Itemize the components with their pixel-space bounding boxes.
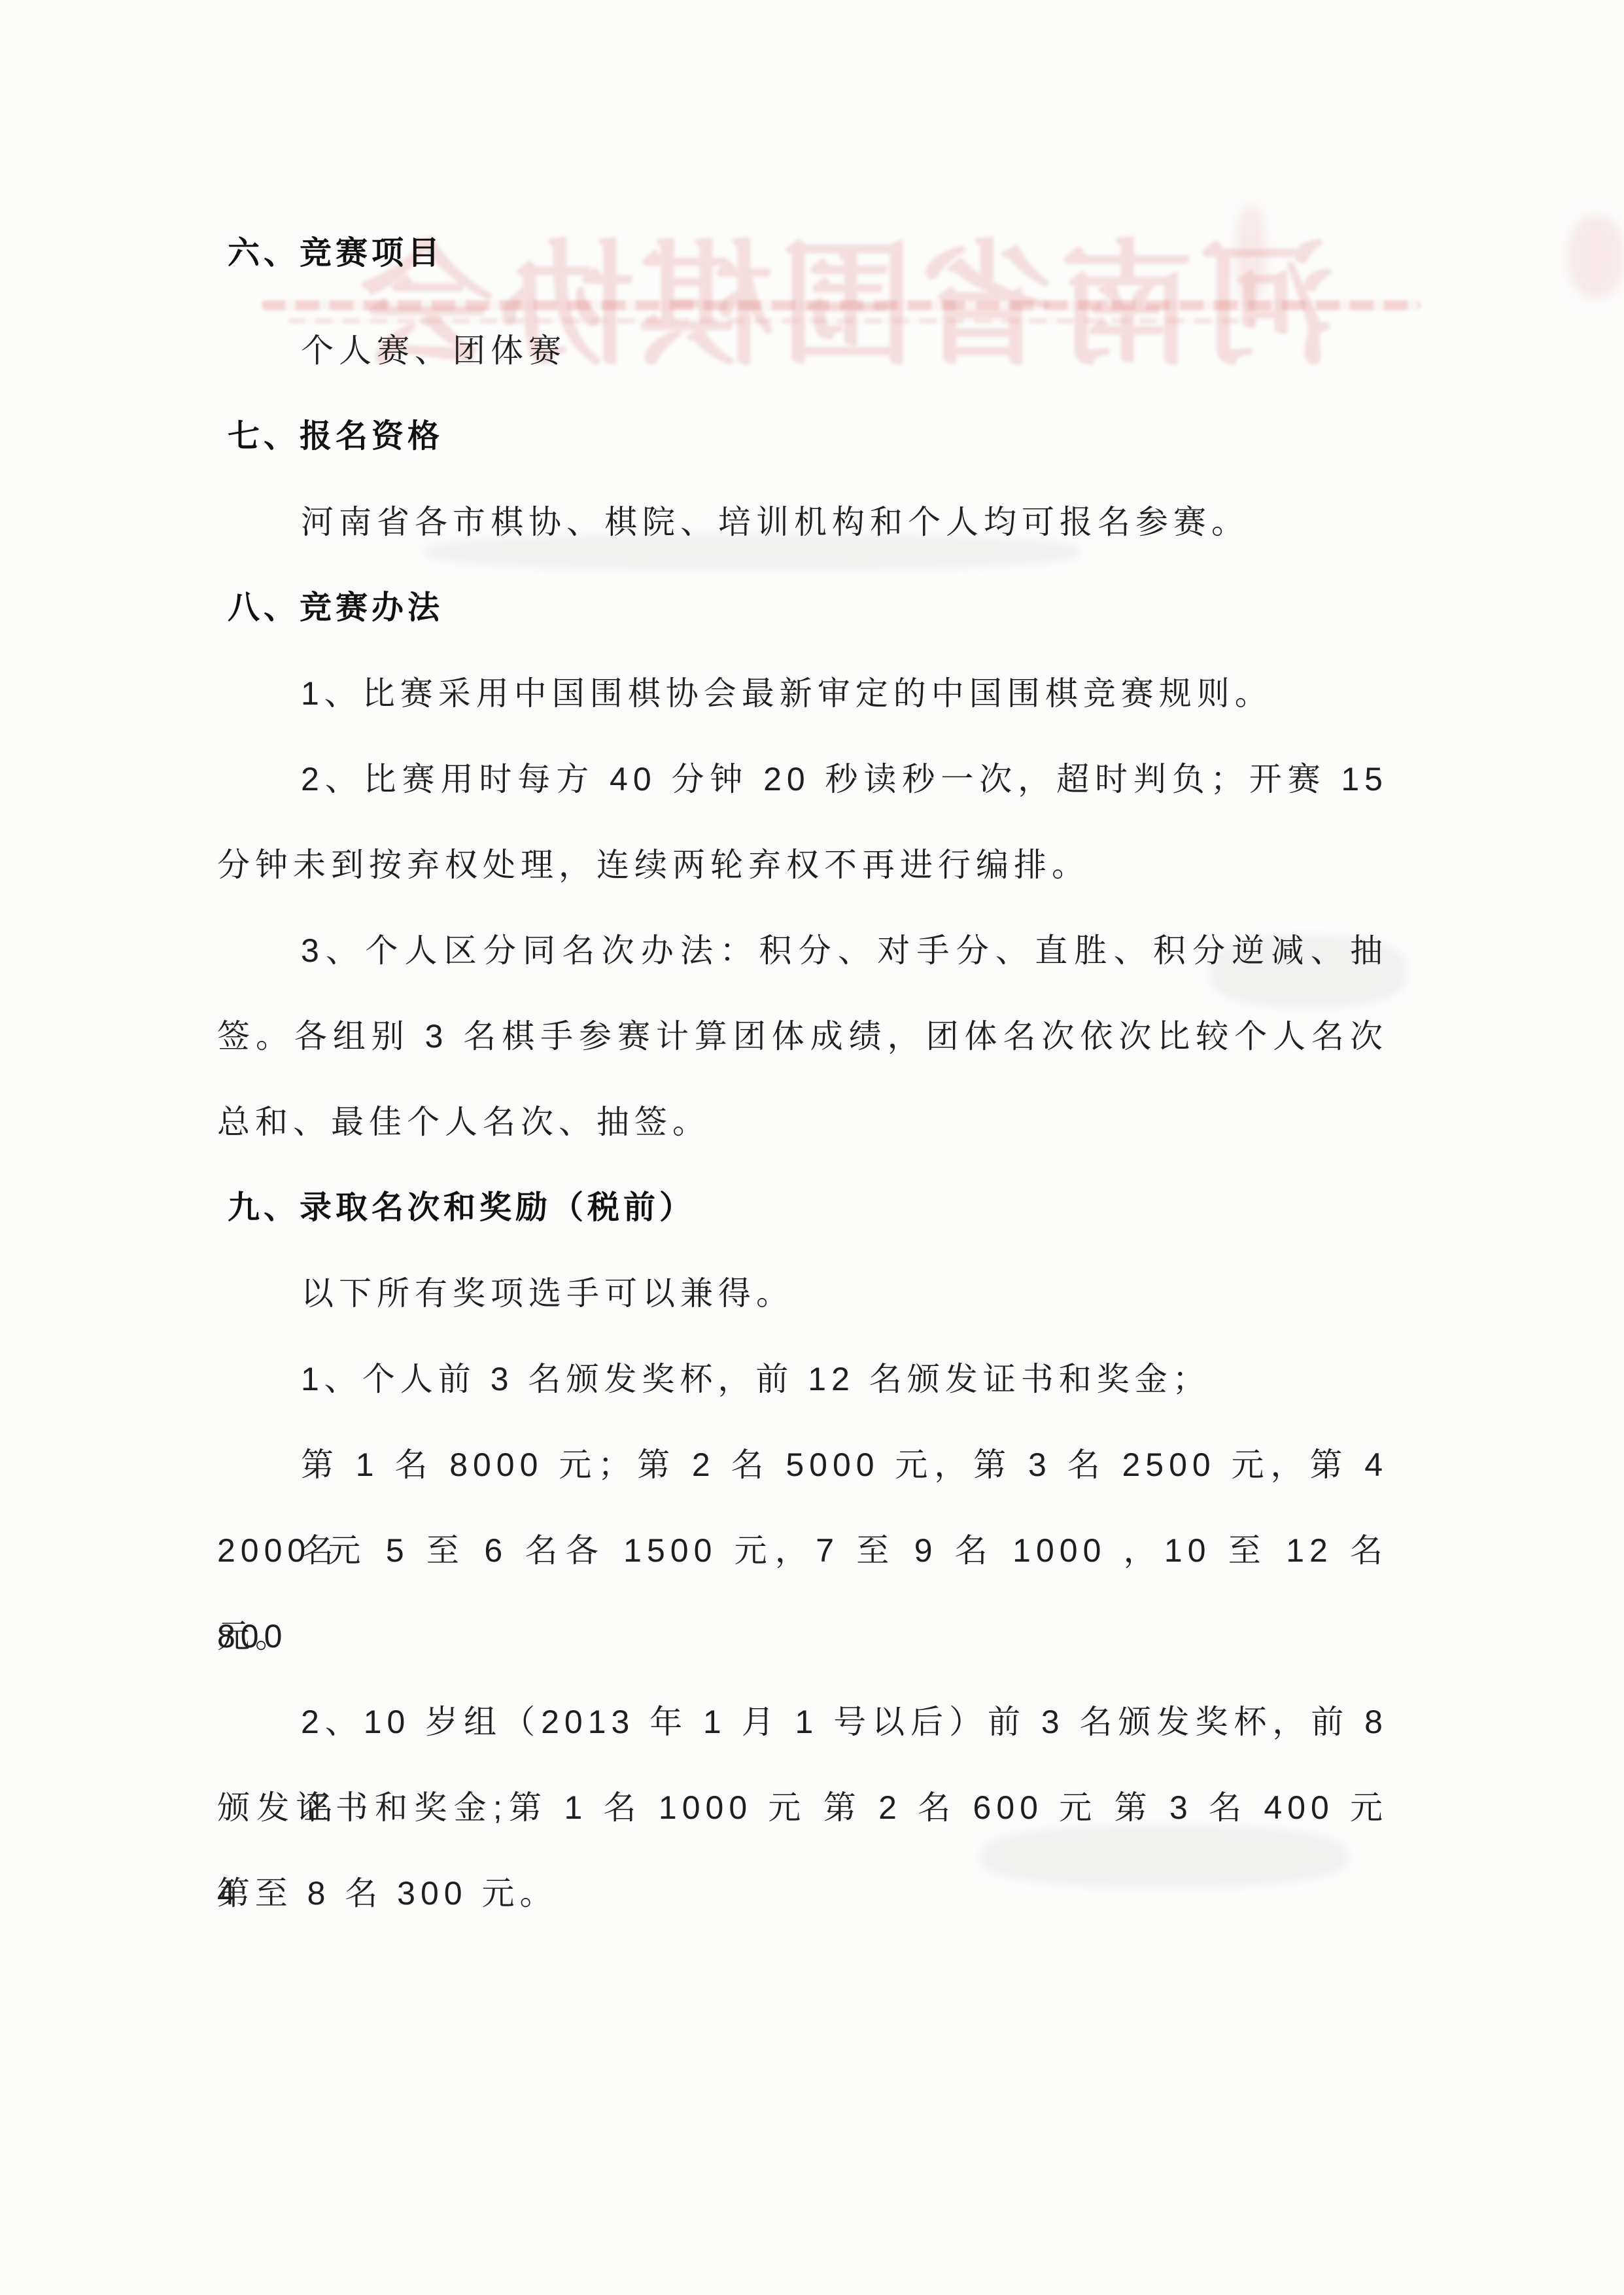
line-method-rule-3a: 3、个人区分同名次办法：积分、对手分、直胜、积分逆减、抽 xyxy=(301,908,1388,994)
line-method-rule-1: 1、比赛采用中国围棋协会最新审定的中国围棋竞赛规则。 xyxy=(301,651,1388,737)
line-awards-u10-a: 2、10 岁组（2013 年 1 月 1 号以后）前 3 名颁发奖杯，前 8 名 xyxy=(301,1679,1388,1765)
line-awards-individual: 1、个人前 3 名颁发奖杯，前 12 名颁发证书和奖金； xyxy=(301,1337,1388,1422)
line-awards-prizes-b: 2000 元 5 至 6 名各 1500 元，7 至 9 名 1000 ，10 … xyxy=(217,1508,1388,1594)
heading-competition-method: 八、竞赛办法 xyxy=(228,565,1388,651)
heading-awards: 九、录取名次和奖励（税前） xyxy=(228,1165,1388,1251)
line-awards-note: 以下所有奖项选手可以兼得。 xyxy=(301,1251,1388,1337)
line-method-rule-3c: 总和、最佳个人名次、抽签。 xyxy=(217,1079,1388,1165)
line-method-rule-3b: 签。各组别 3 名棋手参赛计算团体成绩，团体名次依次比较个人名次 xyxy=(217,994,1388,1079)
line-awards-u10-b: 颁发证书和奖金;第 1 名 1000 元 第 2 名 600 元 第 3 名 4… xyxy=(217,1765,1388,1851)
line-eligibility-text: 河南省各市棋协、棋院、培训机构和个人均可报名参赛。 xyxy=(301,480,1388,565)
document-body: 六、竞赛项目 个人赛、团体赛 七、报名资格 河南省各市棋协、棋院、培训机构和个人… xyxy=(217,211,1388,1936)
heading-competition-events: 六、竞赛项目 xyxy=(228,211,1388,296)
line-method-rule-2a: 2、比赛用时每方 40 分钟 20 秒读秒一次，超时判负；开赛 15 xyxy=(301,737,1388,822)
heading-eligibility: 七、报名资格 xyxy=(228,394,1388,480)
line-awards-prizes-c: 元。 xyxy=(217,1594,1388,1679)
line-event-types: 个人赛、团体赛 xyxy=(301,308,1388,394)
scanned-document-page: 河南省围棋协会 六、竞赛项目 个人赛、团体赛 七、报名资格 河南省各市棋协、棋院… xyxy=(0,0,1624,2295)
line-awards-u10-c: 4 至 8 名 300 元。 xyxy=(217,1851,1388,1936)
line-method-rule-2b: 分钟未到按弃权处理，连续两轮弃权不再进行编排。 xyxy=(217,822,1388,908)
line-awards-prizes-a: 第 1 名 8000 元；第 2 名 5000 元，第 3 名 2500 元，第… xyxy=(301,1422,1388,1508)
bleedthrough-smudge xyxy=(1568,216,1624,298)
